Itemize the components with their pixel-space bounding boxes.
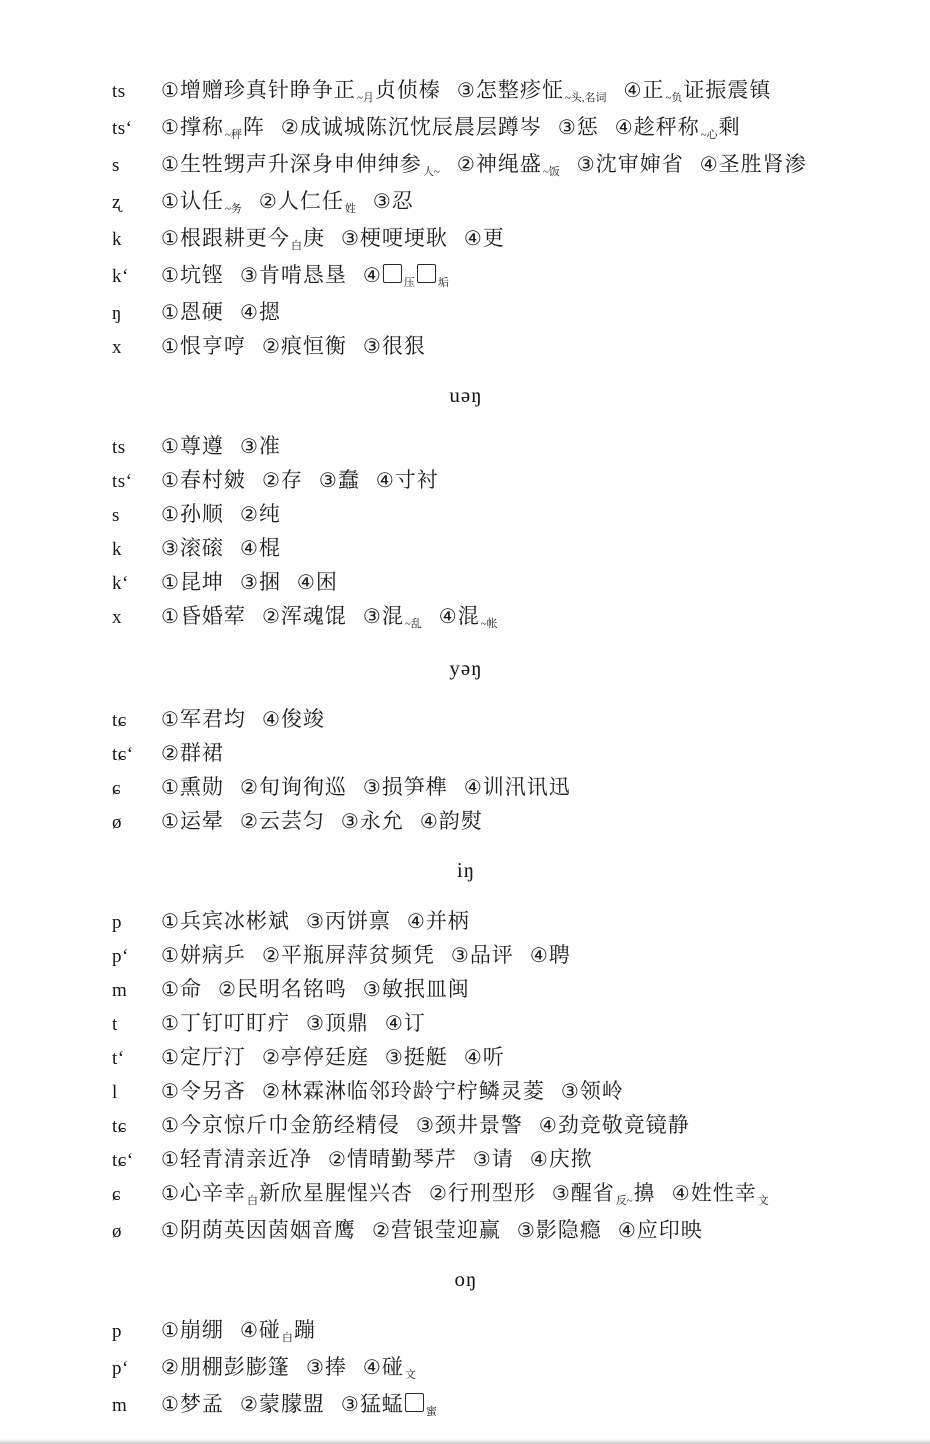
char-run: 神绳盛	[476, 152, 542, 176]
final-header: iŋ	[112, 855, 820, 885]
char-run: 人仁任	[278, 189, 344, 213]
tone-mark: ④	[530, 1147, 548, 1171]
tone-group: ④正~负证振震镇	[624, 78, 772, 102]
tone-group: ①熏勋	[161, 775, 224, 799]
syllable-row: p‘②朋棚彭膨篷③捧④碰文	[112, 1351, 872, 1388]
annotation-sub: ~饭	[543, 166, 560, 178]
initial-label: t	[112, 1008, 145, 1041]
tone-group: ③损笋榫	[363, 775, 448, 799]
tone-group: ④应印映	[618, 1218, 703, 1242]
tone-mark: ②	[240, 809, 258, 833]
char-run: 林霖淋临邻玲龄宁柠鳞灵菱	[281, 1079, 545, 1103]
annotation-sub: 垢	[438, 277, 449, 289]
tone-group: ④俊竣	[262, 707, 325, 731]
tone-mark: ④	[464, 1045, 482, 1069]
tone-mark: ①	[161, 1079, 179, 1103]
char-run: 听	[483, 1045, 505, 1069]
tone-mark: ④	[385, 1011, 403, 1035]
tone-group: ①认任~务	[161, 189, 243, 213]
char-run: 蒙朦盟	[259, 1392, 325, 1416]
tone-group: ④困	[297, 570, 338, 594]
char-run: 摁	[259, 300, 281, 324]
tone-mark: ②	[259, 189, 277, 213]
annotation-sub: 反~	[616, 1195, 633, 1207]
tone-group: ④劲竞敬竟镜静	[539, 1113, 690, 1137]
tone-group: ②行刑型形	[429, 1181, 536, 1205]
initial-label: ts‘	[112, 112, 145, 145]
syllable-row: t①丁钉叮盯疔③顶鼎④订	[112, 1007, 872, 1041]
char-run: 姘病乒	[180, 943, 246, 967]
char-run: 圣胜肾渗	[719, 152, 807, 176]
tone-mark: ①	[161, 909, 179, 933]
tone-group: ④更	[464, 226, 505, 250]
tone-group: ④摁	[240, 300, 281, 324]
tone-mark: ④	[407, 909, 425, 933]
final-section: oŋp①崩绷④碰白蹦p‘②朋棚彭膨篷③捧④碰文m①梦孟②蒙朦盟③猛蜢蜜	[112, 1264, 872, 1425]
char-run: 挺艇	[404, 1045, 448, 1069]
char-run: 成诚城陈沉忱辰晨层蹲岑	[300, 115, 542, 139]
final-header: uəŋ	[112, 380, 820, 410]
initial-label: tɕ‘	[112, 738, 145, 771]
char-run: 丙饼禀	[325, 909, 391, 933]
tone-group: ②亭停廷庭	[262, 1045, 369, 1069]
char-run: 痕恒衡	[281, 334, 347, 358]
char-run: 生牲甥声升深身申伸绅参	[180, 152, 422, 176]
tone-group: ①昆坤	[161, 570, 224, 594]
tone-group: ①增赠珍真针睁争正~月贞侦榛	[161, 78, 441, 102]
char-run: 轻青清亲近净	[180, 1147, 312, 1171]
char-run: 亭停廷庭	[281, 1045, 369, 1069]
tone-mark: ④	[363, 263, 381, 287]
annotation-sub: ~帐	[481, 618, 498, 630]
tone-mark: ①	[161, 189, 179, 213]
char-run: 训汛讯迅	[483, 775, 571, 799]
tone-mark: ①	[161, 263, 179, 287]
tone-group: ①恩硬	[161, 300, 224, 324]
tone-group: ①定厅汀	[161, 1045, 246, 1069]
tone-group: ④韵熨	[420, 809, 483, 833]
char-run: 应印映	[637, 1218, 703, 1242]
initial-label: ts	[112, 431, 145, 464]
tone-mark: ③	[552, 1181, 570, 1205]
char-run: 庚	[303, 226, 325, 250]
tone-mark: ②	[262, 468, 280, 492]
char-run: 并柄	[426, 909, 470, 933]
syllable-row: ɕ①心辛幸白新欣星腥惺兴杏②行刑型形③醒省反~擤④姓性幸文	[112, 1177, 872, 1214]
initial-label: p	[112, 906, 145, 939]
tone-group: ④并柄	[407, 909, 470, 933]
char-run: 军君均	[180, 707, 246, 731]
char-run: 平瓶屏萍贫频凭	[281, 943, 435, 967]
tone-mark: ③	[385, 1045, 403, 1069]
tone-mark: ④	[618, 1218, 636, 1242]
tone-group: ①丁钉叮盯疔	[161, 1011, 290, 1035]
tone-group: ②民明名铭鸣	[218, 977, 347, 1001]
char-run: 命	[180, 977, 202, 1001]
tone-group: ③挺艇	[385, 1045, 448, 1069]
initial-label: ts	[112, 75, 145, 108]
tone-mark: ②	[161, 741, 179, 765]
tone-mark: ③	[473, 1147, 491, 1171]
tone-group: ②痕恒衡	[262, 334, 347, 358]
initial-label: s	[112, 149, 145, 182]
tone-mark: ①	[161, 1318, 179, 1342]
tone-group: ④趁秤称~心剩	[615, 115, 741, 139]
syllable-row: k‘①坑铿③肯啃恳垦④压垢	[112, 259, 872, 296]
char-run: 韵熨	[439, 809, 483, 833]
char-run: 昆坤	[180, 570, 224, 594]
tone-mark: ④	[615, 115, 633, 139]
char-run: 订	[404, 1011, 426, 1035]
tone-mark: ③	[363, 977, 381, 1001]
annotation-sub: 蜜	[426, 1406, 437, 1418]
final-header: oŋ	[112, 1264, 820, 1294]
annotation-sub: 文	[405, 1369, 416, 1381]
tone-group: ④听	[464, 1045, 505, 1069]
tone-mark: ①	[161, 1181, 179, 1205]
tone-group: ③影隐瘾	[517, 1218, 602, 1242]
char-run: 梗哽埂耿	[360, 226, 448, 250]
char-run: 蠢	[338, 468, 360, 492]
char-run: 增赠珍真针睁争正	[180, 78, 356, 102]
syllable-row: tɕ①军君均④俊竣	[112, 703, 872, 737]
tone-mark: ①	[161, 707, 179, 731]
tone-group: ①阴荫英因茵姻音鹰	[161, 1218, 356, 1242]
annotation-sub: 文	[758, 1195, 769, 1207]
final-section: yəŋtɕ①军君均④俊竣tɕ‘②群裙ɕ①熏勋②旬询徇巡③损笋榫④训汛讯迅ø①运晕…	[112, 653, 872, 839]
missing-char-box	[383, 264, 402, 283]
tone-group: ③猛蜢蜜	[341, 1392, 438, 1416]
tone-mark: ③	[451, 943, 469, 967]
tone-group: ④聘	[530, 943, 571, 967]
tone-group: ①生牲甥声升深身申伸绅参人~	[161, 152, 441, 176]
syllable-row: ts‘①春村皴②存③蠢④寸衬	[112, 464, 872, 498]
syllable-row: ø①运晕②云芸匀③永允④韵熨	[112, 805, 872, 839]
char-run: 营银莹迎赢	[391, 1218, 501, 1242]
char-run: 纯	[259, 502, 281, 526]
tone-mark: ②	[262, 604, 280, 628]
char-run: 棍	[259, 536, 281, 560]
initial-label: k	[112, 223, 145, 256]
tone-mark: ①	[161, 604, 179, 628]
tone-group: ①兵宾冰彬斌	[161, 909, 290, 933]
char-run: 阴荫英因茵姻音鹰	[180, 1218, 356, 1242]
syllable-row: s①生牲甥声升深身申伸绅参人~②神绳盛~饭③沈审婶省④圣胜肾渗	[112, 148, 872, 185]
tone-group: ③蠢	[319, 468, 360, 492]
missing-char-box	[417, 264, 436, 283]
annotation-sub: ~负	[665, 92, 682, 104]
tone-group: ③请	[473, 1147, 514, 1171]
tone-group: ①轻青清亲近净	[161, 1147, 312, 1171]
syllable-row: ts①增赠珍真针睁争正~月贞侦榛③怎整疹怔~头,名词④正~负证振震镇	[112, 74, 872, 111]
tone-mark: ④	[624, 78, 642, 102]
initial-label: m	[112, 974, 145, 1007]
tone-group: ②神绳盛~饭	[457, 152, 561, 176]
tone-group: ①昏婚荤	[161, 604, 246, 628]
tone-group: ③品评	[451, 943, 514, 967]
initial-label: k‘	[112, 260, 145, 293]
tone-mark: ①	[161, 1113, 179, 1137]
char-run: 品评	[470, 943, 514, 967]
initial-label: ʐ	[112, 186, 145, 219]
tone-group: ②旬询徇巡	[240, 775, 347, 799]
char-run: 运晕	[180, 809, 224, 833]
char-run: 姓性幸	[691, 1181, 757, 1205]
syllable-row: s①孙顺②纯	[112, 498, 872, 532]
annotation-sub: 白	[282, 1332, 293, 1344]
tone-group: ②营银莹迎赢	[372, 1218, 501, 1242]
tone-mark: ④	[240, 536, 258, 560]
char-run: 猛蜢	[360, 1392, 404, 1416]
tone-mark: ③	[363, 775, 381, 799]
char-run: 今京惊斤巾金筋经精侵	[180, 1113, 400, 1137]
tone-mark: ④	[240, 1318, 258, 1342]
annotation-sub: ~心	[701, 129, 718, 141]
syllable-row: k‘①昆坤③捆④困	[112, 566, 872, 600]
char-run: 影隐瘾	[536, 1218, 602, 1242]
tone-mark: ①	[161, 1218, 179, 1242]
tone-group: ③醒省反~擤	[552, 1181, 656, 1205]
tone-mark: ④	[420, 809, 438, 833]
tone-group: ③沈审婶省	[577, 152, 684, 176]
tone-mark: ①	[161, 775, 179, 799]
tone-mark: ①	[161, 1045, 179, 1069]
tone-group: ③惩	[558, 115, 599, 139]
syllable-row: tɕ‘②群裙	[112, 737, 872, 771]
char-run: 昏婚荤	[180, 604, 246, 628]
char-run: 俊竣	[281, 707, 325, 731]
syllable-row: p‘①姘病乒②平瓶屏萍贫频凭③品评④聘	[112, 939, 872, 973]
tone-group: ①运晕	[161, 809, 224, 833]
syllable-row: x①恨亨哼②痕恒衡③很狠	[112, 330, 872, 364]
char-run: 怎整疹怔	[476, 78, 564, 102]
char-run: 混	[382, 604, 404, 628]
tone-group: ②平瓶屏萍贫频凭	[262, 943, 435, 967]
initial-label: ŋ	[112, 297, 145, 330]
tone-mark: ④	[363, 1355, 381, 1379]
initial-label: ø	[112, 1215, 145, 1248]
tone-group: ②纯	[240, 502, 281, 526]
syllable-row: tɕ①今京惊斤巾金筋经精侵③颈井景警④劲竞敬竟镜静	[112, 1109, 872, 1143]
final-section: iŋp①兵宾冰彬斌③丙饼禀④并柄p‘①姘病乒②平瓶屏萍贫频凭③品评④聘m①命②民…	[112, 855, 872, 1248]
tone-mark: ③	[373, 189, 391, 213]
tone-mark: ④	[700, 152, 718, 176]
tone-group: ④庆揿	[530, 1147, 593, 1171]
tone-group: ①撑称~秤阵	[161, 115, 265, 139]
tone-group: ②人仁任姓	[259, 189, 357, 213]
tone-group: ①姘病乒	[161, 943, 246, 967]
tone-mark: ①	[161, 570, 179, 594]
char-run: 蹦	[294, 1318, 316, 1342]
tone-mark: ①	[161, 78, 179, 102]
char-run: 寸衬	[395, 468, 439, 492]
tone-mark: ①	[161, 434, 179, 458]
syllable-row: ŋ①恩硬④摁	[112, 296, 872, 330]
tone-mark: ③	[363, 334, 381, 358]
tone-group: ④订	[385, 1011, 426, 1035]
tone-mark: ③	[341, 1392, 359, 1416]
char-run: 心辛幸	[180, 1181, 246, 1205]
char-run: 领岭	[580, 1079, 624, 1103]
tone-group: ①令另吝	[161, 1079, 246, 1103]
char-run: 劲竞敬竟镜静	[558, 1113, 690, 1137]
tone-group: ①根跟耕更今白庚	[161, 226, 325, 250]
syllable-row: m①梦孟②蒙朦盟③猛蜢蜜	[112, 1388, 872, 1425]
char-run: 情晴勤琴芹	[347, 1147, 457, 1171]
char-run: 贞侦榛	[375, 78, 441, 102]
initial-label: p‘	[112, 1352, 145, 1385]
tone-mark: ④	[464, 775, 482, 799]
char-run: 颈井景警	[435, 1113, 523, 1137]
tone-mark: ③	[306, 909, 324, 933]
char-run: 根跟耕更今	[180, 226, 290, 250]
char-run: 崩绷	[180, 1318, 224, 1342]
tone-mark: ②	[240, 775, 258, 799]
tone-mark: ①	[161, 115, 179, 139]
char-run: 梦孟	[180, 1392, 224, 1416]
final-header: yəŋ	[112, 653, 820, 683]
final-section: ts①增赠珍真针睁争正~月贞侦榛③怎整疹怔~头,名词④正~负证振震镇ts‘①撑称…	[112, 74, 872, 364]
char-run: 熏勋	[180, 775, 224, 799]
syllable-row: ts①尊遵③准	[112, 430, 872, 464]
char-run: 认任	[180, 189, 224, 213]
tone-mark: ③	[363, 604, 381, 628]
tone-mark: ②	[218, 977, 236, 1001]
tone-mark: ①	[161, 226, 179, 250]
initial-label: k	[112, 533, 145, 566]
tone-group: ③混~乱	[363, 604, 423, 628]
char-run: 醒省	[571, 1181, 615, 1205]
tone-mark: ③	[240, 263, 258, 287]
tone-mark: ①	[161, 1011, 179, 1035]
char-run: 混	[458, 604, 480, 628]
annotation-sub: 压	[404, 277, 415, 289]
tone-mark: ③	[341, 809, 359, 833]
tone-group: ②朋棚彭膨篷	[161, 1355, 290, 1379]
tone-group: ①孙顺	[161, 502, 224, 526]
initial-label: tɕ‘	[112, 1144, 145, 1177]
tone-group: ③捆	[240, 570, 281, 594]
syllable-row: tɕ‘①轻青清亲近净②情晴勤琴芹③请④庆揿	[112, 1143, 872, 1177]
char-run: 定厅汀	[180, 1045, 246, 1069]
tone-mark: ①	[161, 1392, 179, 1416]
char-run: 丁钉叮盯疔	[180, 1011, 290, 1035]
char-run: 聘	[549, 943, 571, 967]
tone-mark: ②	[262, 1045, 280, 1069]
char-run: 行刑型形	[448, 1181, 536, 1205]
char-run: 剩	[719, 115, 741, 139]
initial-label: ɕ	[112, 1178, 145, 1211]
tone-mark: ①	[161, 977, 179, 1001]
tone-mark: ④	[530, 943, 548, 967]
syllable-row: m①命②民明名铭鸣③敏抿皿闽	[112, 973, 872, 1007]
tone-group: ③捧	[306, 1355, 347, 1379]
char-run: 请	[492, 1147, 514, 1171]
tone-group: ④圣胜肾渗	[700, 152, 807, 176]
tone-group: ④姓性幸文	[672, 1181, 770, 1205]
char-run: 新欣星腥惺兴杏	[259, 1181, 413, 1205]
missing-char-box	[405, 1393, 424, 1412]
char-run: 民明名铭鸣	[237, 977, 347, 1001]
tone-group: ①坑铿	[161, 263, 224, 287]
char-run: 捧	[325, 1355, 347, 1379]
tone-mark: ③	[306, 1355, 324, 1379]
char-run: 困	[316, 570, 338, 594]
syllable-row: ts‘①撑称~秤阵②成诚城陈沉忱辰晨层蹲岑③惩④趁秤称~心剩	[112, 111, 872, 148]
initial-label: tɕ	[112, 704, 145, 737]
tone-mark: ①	[161, 1147, 179, 1171]
tone-mark: ③	[341, 226, 359, 250]
syllable-row: p①崩绷④碰白蹦	[112, 1314, 872, 1351]
char-run: 碰	[259, 1318, 281, 1342]
tone-group: ②情晴勤琴芹	[328, 1147, 457, 1171]
tone-group: ③丙饼禀	[306, 909, 391, 933]
tone-mark: ②	[262, 1079, 280, 1103]
syllable-row: ʐ①认任~务②人仁任姓③忍	[112, 185, 872, 222]
syllable-row: x①昏婚荤②浑魂馄③混~乱④混~帐	[112, 600, 872, 637]
initial-label: p	[112, 1315, 145, 1348]
initial-label: t‘	[112, 1042, 145, 1075]
char-run: 孙顺	[180, 502, 224, 526]
char-run: 肯啃恳垦	[259, 263, 347, 287]
tone-mark: ③	[457, 78, 475, 102]
char-run: 趁秤称	[634, 115, 700, 139]
tone-group: ②林霖淋临邻玲龄宁柠鳞灵菱	[262, 1079, 545, 1103]
syllable-row: k③滚磙④棍	[112, 532, 872, 566]
char-run: 旬询徇巡	[259, 775, 347, 799]
tone-mark: ④	[439, 604, 457, 628]
tone-group: ③滚磙	[161, 536, 224, 560]
tone-group: ①军君均	[161, 707, 246, 731]
char-run: 忍	[392, 189, 414, 213]
annotation-sub: 姓	[345, 203, 356, 215]
tone-mark: ③	[161, 536, 179, 560]
initial-label: x	[112, 601, 145, 634]
tone-mark: ①	[161, 943, 179, 967]
tone-mark: ②	[161, 1355, 179, 1379]
tone-group: ②群裙	[161, 741, 224, 765]
tone-mark: ②	[240, 1392, 258, 1416]
tone-group: ③肯啃恳垦	[240, 263, 347, 287]
initial-label: k‘	[112, 567, 145, 600]
syllable-row: ø①阴荫英因茵姻音鹰②营银莹迎赢③影隐瘾④应印映	[112, 1214, 872, 1248]
tone-group: ①梦孟	[161, 1392, 224, 1416]
tone-mark: ①	[161, 468, 179, 492]
tone-group: ④碰文	[363, 1355, 417, 1379]
tone-mark: ④	[240, 300, 258, 324]
char-run: 坑铿	[180, 263, 224, 287]
tone-mark: ③	[517, 1218, 535, 1242]
char-run: 滚磙	[180, 536, 224, 560]
tone-mark: ②	[262, 943, 280, 967]
char-run: 春村皴	[180, 468, 246, 492]
tone-group: ①崩绷	[161, 1318, 224, 1342]
tone-mark: ③	[561, 1079, 579, 1103]
char-run: 更	[483, 226, 505, 250]
char-run: 群裙	[180, 741, 224, 765]
tone-group: ③怎整疹怔~头,名词	[457, 78, 608, 102]
char-run: 顶鼎	[325, 1011, 369, 1035]
tone-group: ④训汛讯迅	[464, 775, 571, 799]
tone-mark: ③	[577, 152, 595, 176]
syllable-row: ɕ①熏勋②旬询徇巡③损笋榫④训汛讯迅	[112, 771, 872, 805]
tone-mark: ③	[319, 468, 337, 492]
char-run: 损笋榫	[382, 775, 448, 799]
tone-group: ①心辛幸白新欣星腥惺兴杏	[161, 1181, 413, 1205]
tone-group: ③梗哽埂耿	[341, 226, 448, 250]
char-run: 证振震镇	[683, 78, 771, 102]
tone-group: ②云芸匀	[240, 809, 325, 833]
